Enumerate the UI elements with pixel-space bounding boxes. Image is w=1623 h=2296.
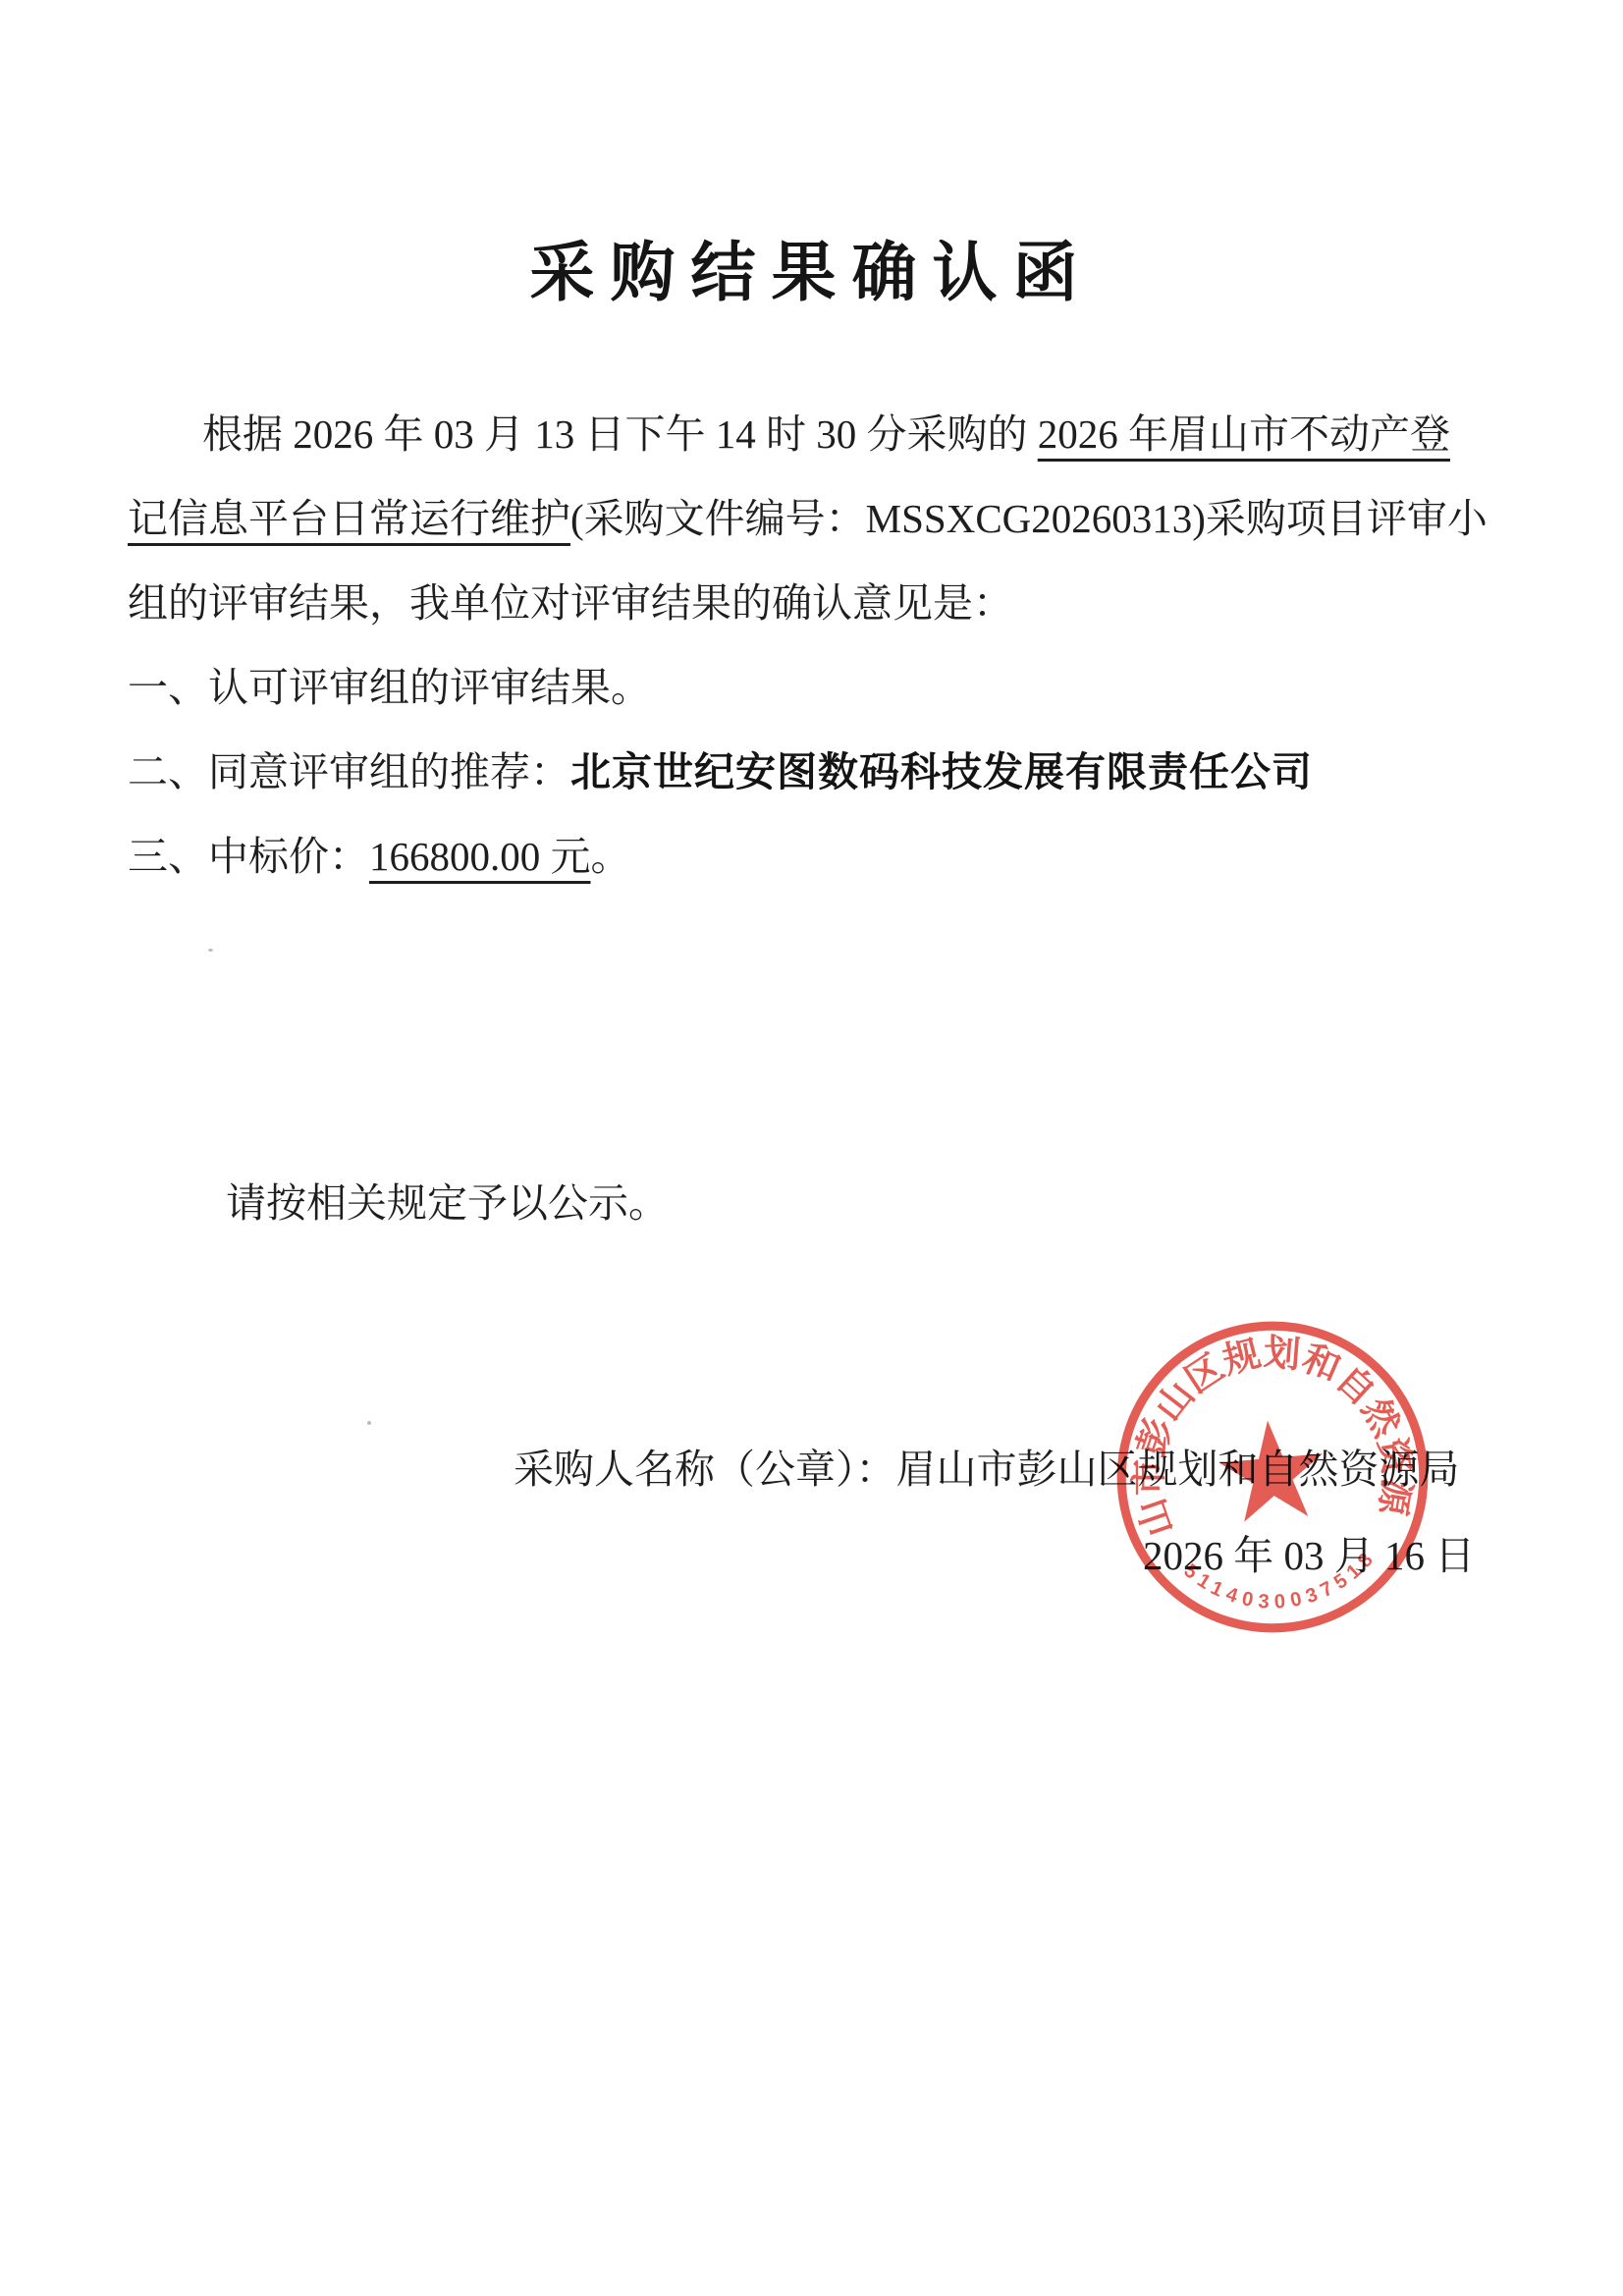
scan-speck <box>208 949 213 952</box>
list-item-2: 二、同意评审组的推荐：北京世纪安图数码科技发展有限责任公司 <box>128 730 1502 814</box>
body-line-3: 组的评审结果，我单位对评审结果的确认意见是： <box>128 561 1502 645</box>
scan-speck <box>367 1421 371 1425</box>
seal-star-icon <box>1216 1416 1327 1524</box>
list-item-3-label: 三、中标价： <box>128 834 369 879</box>
project-name-underlined-part1: 2026 年眉山市不动产登 <box>1038 411 1450 457</box>
winning-company-name: 北京世纪安图数码科技发展有限责任公司 <box>570 749 1313 794</box>
project-name-underlined-part2: 记信息平台日常运行维护 <box>128 496 570 541</box>
winning-price-underlined: 166800.00 元 <box>369 834 591 879</box>
body-line-1: 根据 2026 年 03 月 13 日下午 14 时 30 分采购的 2026 … <box>128 392 1502 476</box>
document-title: 采购结果确认函 <box>0 220 1623 313</box>
list-item-3-period: 。 <box>591 834 631 879</box>
body-line-2-text: (采购文件编号：MSSXCG20260313)采购项目评审小 <box>570 496 1488 541</box>
closing-line: 请按相关规定予以公示。 <box>128 1171 669 1229</box>
list-item-2-label: 二、同意评审组的推荐： <box>128 749 570 794</box>
document-body: 根据 2026 年 03 月 13 日下午 14 时 30 分采购的 2026 … <box>128 392 1502 899</box>
document-page: 采购结果确认函 根据 2026 年 03 月 13 日下午 14 时 30 分采… <box>0 0 1623 2296</box>
list-item-1: 一、认可评审组的评审结果。 <box>128 645 1502 730</box>
official-seal: 眉山市彭山区规划和自然资源局 5114030037518 <box>1090 1294 1456 1661</box>
body-line-2: 记信息平台日常运行维护(采购文件编号：MSSXCG20260313)采购项目评审… <box>128 476 1502 561</box>
body-line-1-text: 根据 2026 年 03 月 13 日下午 14 时 30 分采购的 <box>202 411 1038 457</box>
list-item-3: 三、中标价：166800.00 元。 <box>128 814 1502 899</box>
